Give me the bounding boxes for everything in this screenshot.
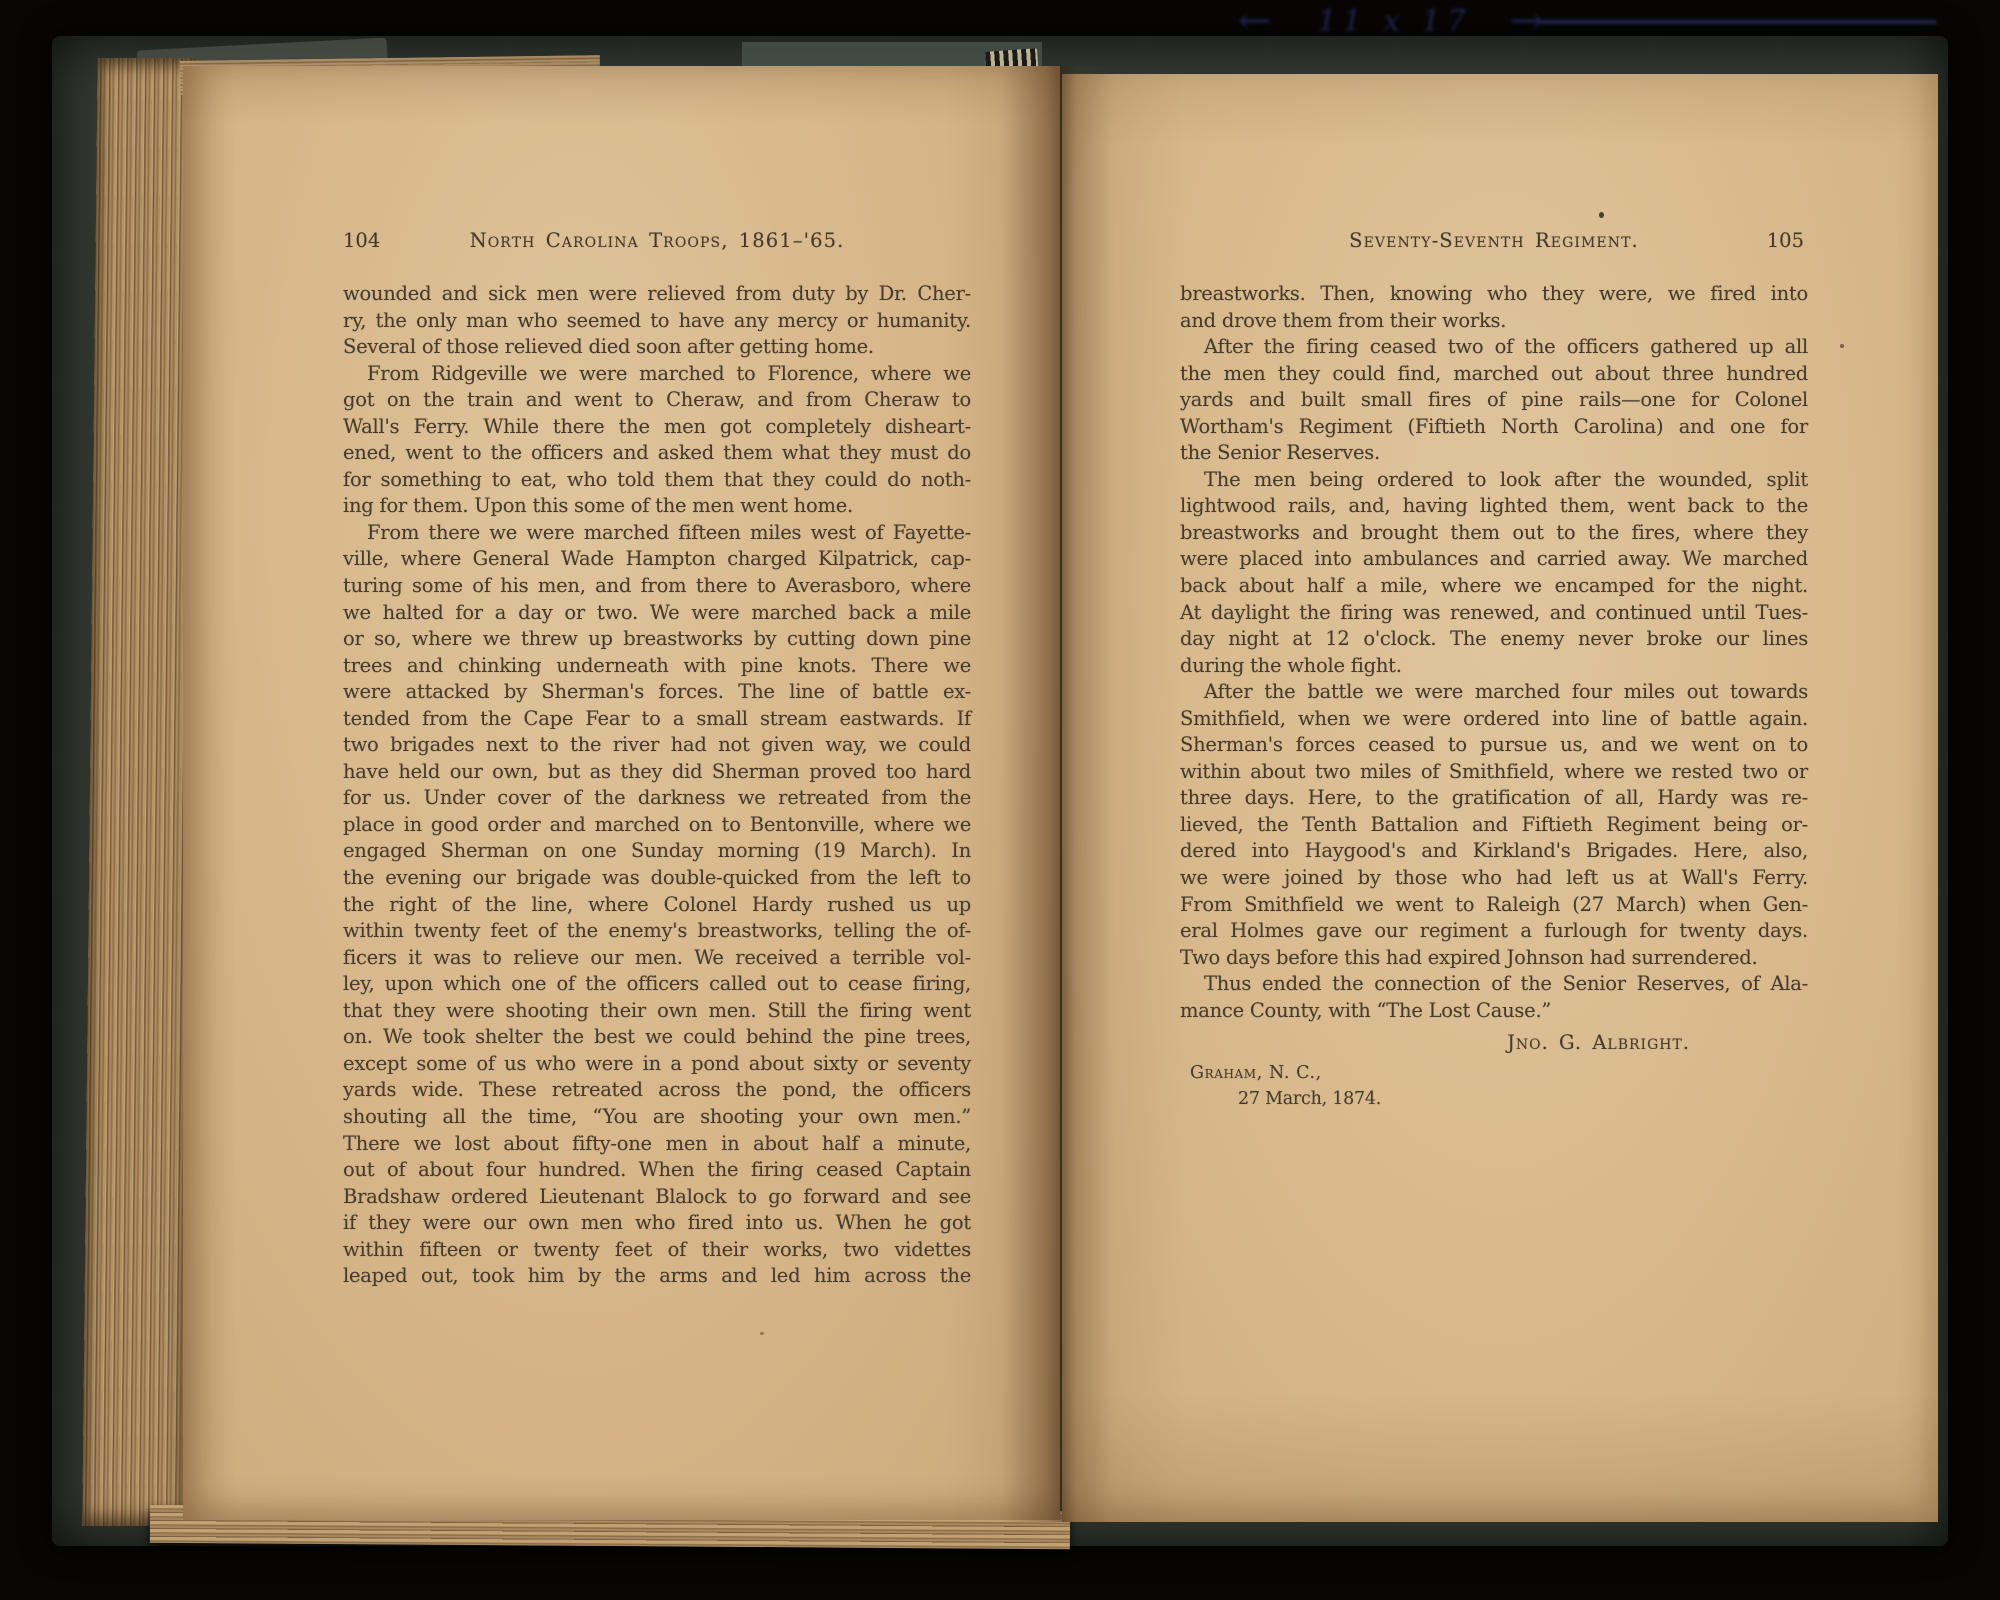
text-line: breastworks. Then, knowing who they were… bbox=[1180, 281, 1808, 308]
left-running-header: North Carolina Troops, 1861–'65. bbox=[343, 229, 971, 252]
text-line: got on the train and went to Cheraw, and… bbox=[343, 387, 971, 414]
text-line: Two days before this had expired Johnson… bbox=[1180, 945, 1808, 972]
text-line: After the firing ceased two of the offic… bbox=[1180, 334, 1808, 361]
ink-speck bbox=[1840, 344, 1844, 348]
text-line: tended from the Cape Fear to a small str… bbox=[343, 706, 971, 733]
text-line: within fifteen or twenty feet of their w… bbox=[343, 1237, 971, 1264]
text-line: on. We took shelter the best we could be… bbox=[343, 1024, 971, 1051]
text-line: the Senior Reserves. bbox=[1180, 440, 1808, 467]
text-line: After the battle we were marched four mi… bbox=[1180, 679, 1808, 706]
text-line: lieved, the Tenth Battalion and Fiftieth… bbox=[1180, 812, 1808, 839]
left-arrow-icon: ← bbox=[1238, 1, 1272, 41]
text-line: were placed into ambulances and carried … bbox=[1180, 546, 1808, 573]
text-line: ing for them. Upon this some of the men … bbox=[343, 493, 971, 520]
text-line: engaged Sherman on one Sunday morning (1… bbox=[343, 838, 971, 865]
ink-speck bbox=[760, 1332, 764, 1335]
place-line: Graham, N. C., bbox=[1180, 1060, 1808, 1086]
left-page: 104 North Carolina Troops, 1861–'65. wou… bbox=[183, 66, 1060, 1520]
right-running-header: Seventy-Seventh Regiment. bbox=[1180, 229, 1808, 252]
text-line: turing some of his men, and from there t… bbox=[343, 573, 971, 600]
left-page-text: wounded and sick men were relieved from … bbox=[343, 281, 971, 1290]
right-page-number: 105 bbox=[1767, 229, 1804, 252]
text-line: ry, the only man who seemed to have any … bbox=[343, 308, 971, 335]
text-line: Smithfield, when we were ordered into li… bbox=[1180, 706, 1808, 733]
text-line: for something to eat, who told them that… bbox=[343, 467, 971, 494]
author-signature: Jno. G. Albright. bbox=[1180, 1029, 1808, 1056]
text-line: From there we were marched fifteen miles… bbox=[343, 520, 971, 547]
right-page-text: breastworks. Then, knowing who they were… bbox=[1180, 281, 1808, 1024]
text-line: From Ridgeville we were marched to Flore… bbox=[343, 361, 971, 388]
left-page-number: 104 bbox=[343, 229, 380, 252]
text-line: ened, went to the officers and asked the… bbox=[343, 440, 971, 467]
text-line: dered into Haygood's and Kirkland's Brig… bbox=[1180, 838, 1808, 865]
text-line: leaped out, took him by the arms and led… bbox=[343, 1263, 971, 1290]
text-line: There we lost about fifty-one men in abo… bbox=[343, 1131, 971, 1158]
right-page: Seventy-Seventh Regiment. 105 breastwork… bbox=[1062, 74, 1938, 1522]
text-line: From Smithfield we went to Raleigh (27 M… bbox=[1180, 892, 1808, 919]
scan-annotation: ← 11 x 17 → bbox=[1238, 0, 1937, 42]
text-line: were attacked by Sherman's forces. The l… bbox=[343, 679, 971, 706]
ink-speck bbox=[1599, 212, 1604, 218]
text-line: Thus ended the connection of the Senior … bbox=[1180, 971, 1808, 998]
text-line: three days. Here, to the gratification o… bbox=[1180, 785, 1808, 812]
text-line: The men being ordered to look after the … bbox=[1180, 467, 1808, 494]
text-line: we were joined by those who had left us … bbox=[1180, 865, 1808, 892]
text-line: breastworks and brought them out to the … bbox=[1180, 520, 1808, 547]
text-line: if they were our own men who fired into … bbox=[343, 1210, 971, 1237]
text-line: day night at 12 o'clock. The enemy never… bbox=[1180, 626, 1808, 653]
text-line: have held our own, but as they did Sherm… bbox=[343, 759, 971, 786]
date-line: 27 March, 1874. bbox=[1180, 1086, 1808, 1112]
text-line: for us. Under cover of the darkness we r… bbox=[343, 785, 971, 812]
text-line: ficers it was to relieve our men. We rec… bbox=[343, 945, 971, 972]
text-line: during the whole fight. bbox=[1180, 653, 1808, 680]
text-line: At daylight the firing was renewed, and … bbox=[1180, 600, 1808, 627]
text-line: we halted for a day or two. We were marc… bbox=[343, 600, 971, 627]
text-line: within twenty feet of the enemy's breast… bbox=[343, 918, 971, 945]
text-line: wounded and sick men were relieved from … bbox=[343, 281, 971, 308]
text-line: two brigades next to the river had not g… bbox=[343, 732, 971, 759]
text-line: back about half a mile, where we encampe… bbox=[1180, 573, 1808, 600]
text-line: ley, upon which one of the officers call… bbox=[343, 971, 971, 998]
text-line: the evening our brigade was double-quick… bbox=[343, 865, 971, 892]
text-line: within about two miles of Smithfield, wh… bbox=[1180, 759, 1808, 786]
text-line: out of about four hundred. When the firi… bbox=[343, 1157, 971, 1184]
text-line: or so, where we threw up breastworks by … bbox=[343, 626, 971, 653]
text-line: place in good order and marched on to Be… bbox=[343, 812, 971, 839]
text-line: Sherman's forces ceased to pursue us, an… bbox=[1180, 732, 1808, 759]
right-running-header-row: Seventy-Seventh Regiment. 105 bbox=[1180, 229, 1808, 255]
text-line: shouting all the time, “You are shooting… bbox=[343, 1104, 971, 1131]
text-line: that they were shooting their own men. S… bbox=[343, 998, 971, 1025]
text-line: except some of us who were in a pond abo… bbox=[343, 1051, 971, 1078]
arrow-shaft bbox=[1537, 20, 1937, 24]
text-line: yards and built small fires of pine rail… bbox=[1180, 387, 1808, 414]
text-line: trees and chinking underneath with pine … bbox=[343, 653, 971, 680]
text-line: Several of those relieved died soon afte… bbox=[343, 334, 971, 361]
text-line: mance County, with “The Lost Cause.” bbox=[1180, 998, 1808, 1025]
text-line: ville, where General Wade Hampton charge… bbox=[343, 546, 971, 573]
text-line: eral Holmes gave our regiment a furlough… bbox=[1180, 918, 1808, 945]
book-scan: ← 11 x 17 → 104 North Carolina Troops, 1… bbox=[0, 0, 2000, 1600]
text-line: the men they could find, marched out abo… bbox=[1180, 361, 1808, 388]
text-line: Wall's Ferry. While there the men got co… bbox=[343, 414, 971, 441]
left-running-header-row: 104 North Carolina Troops, 1861–'65. bbox=[343, 229, 971, 255]
text-line: Wortham's Regiment (Fiftieth North Carol… bbox=[1180, 414, 1808, 441]
scan-size-label: 11 x 17 bbox=[1318, 4, 1472, 39]
text-line: yards wide. These retreated across the p… bbox=[343, 1077, 971, 1104]
text-line: the right of the line, where Colonel Har… bbox=[343, 892, 971, 919]
text-line: and drove them from their works. bbox=[1180, 308, 1808, 335]
text-line: Bradshaw ordered Lieutenant Blalock to g… bbox=[343, 1184, 971, 1211]
text-line: lightwood rails, and, having lighted the… bbox=[1180, 493, 1808, 520]
